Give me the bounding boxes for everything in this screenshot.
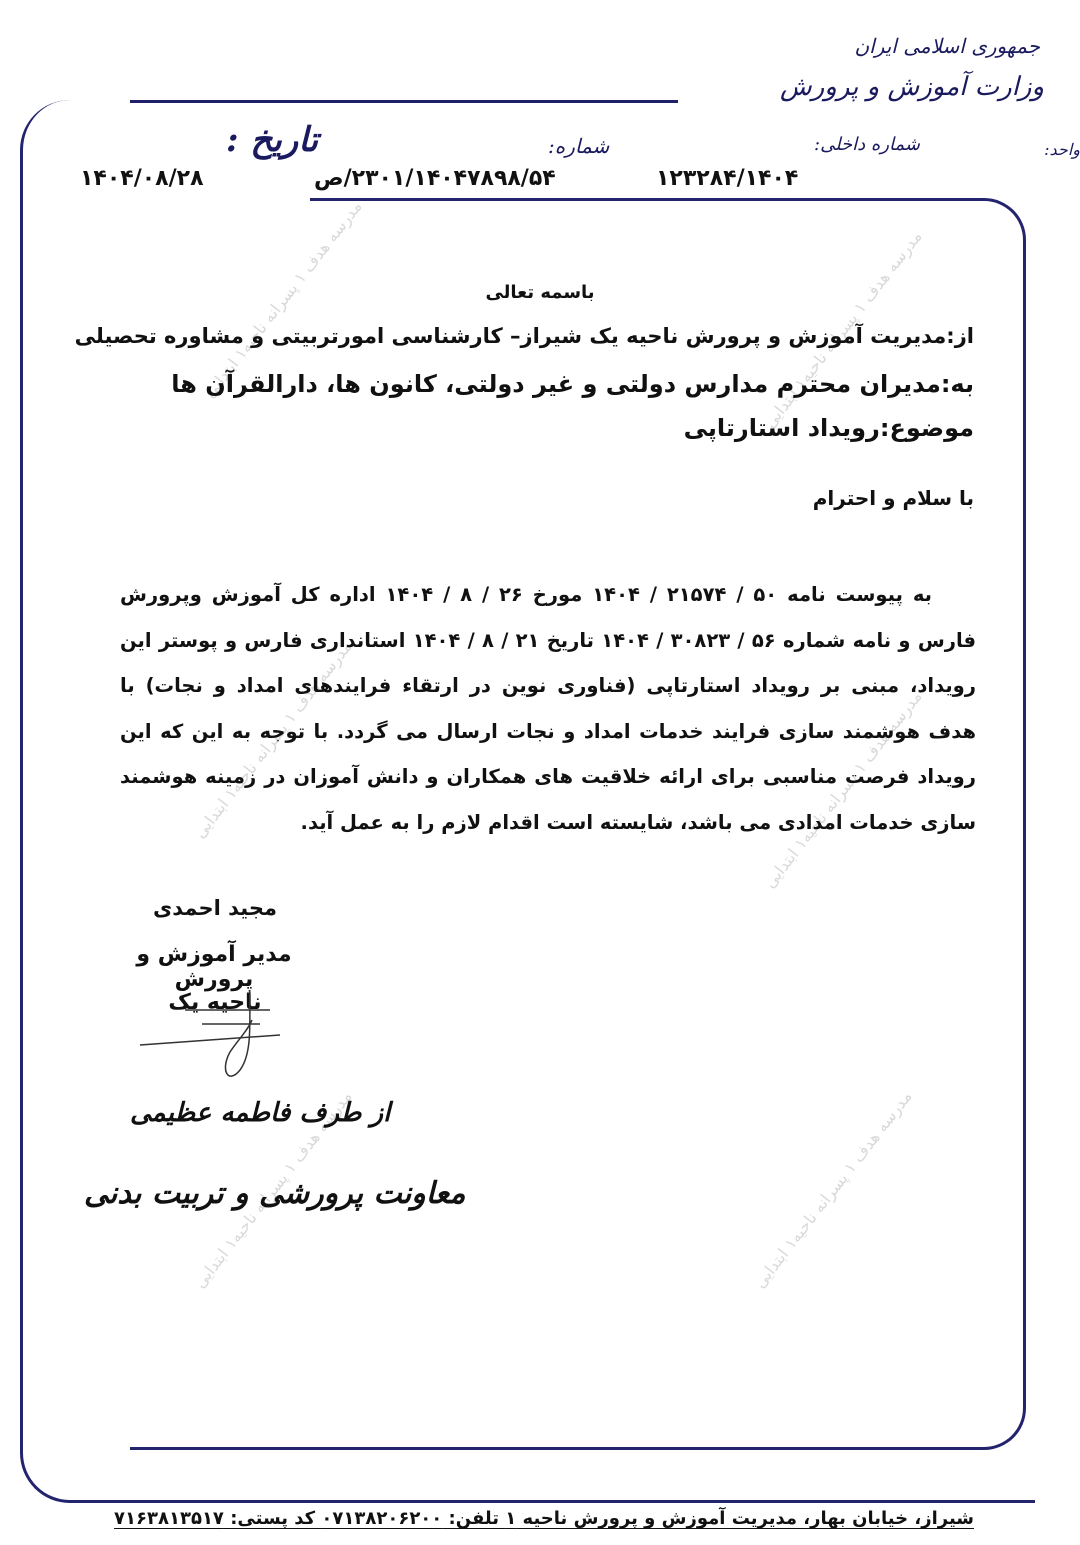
from-line: از:مدیریت آموزش و پرورش ناحیه یک شیراز– … [75,324,974,348]
letter-body-text: به پیوست نامه ۵۰ / ۲۱۵۷۴ / ۱۴۰۴ مورخ ۲۶ … [120,583,976,834]
country-name: جمهوری اسلامی ایران [854,34,1040,58]
footer-address: شیراز، خیابان بهار، مدیریت آموزش و پرورش… [114,1508,974,1529]
greeting: با سلام و احترام [813,486,974,510]
ministry-name: وزارت آموزش و پرورش [780,72,1044,102]
frame-gap [130,198,310,204]
deputy-department: معاونت پرورشی و تربیت بدنی [84,1176,465,1211]
letter-body: به پیوست نامه ۵۰ / ۲۱۵۷۴ / ۱۴۰۴ مورخ ۲۶ … [120,572,976,845]
on-behalf-of: از طرف فاطمه عظیمی [130,1098,390,1128]
internal-number-value: ۱۲۳۲۸۴/۱۴۰۴ [656,166,798,191]
signatory-title: مدیر آموزش و پرورش [96,942,332,992]
number-label: شماره: [548,134,609,158]
to-line: به:مدیران محترم مدارس دولتی و غیر دولتی،… [171,370,974,398]
signatory-name: مجید احمدی [100,896,330,920]
bismillah: باسمه تعالی [400,282,680,303]
unit-label: واحد: [1044,140,1080,159]
handwritten-signature-icon [130,990,280,1100]
letter-number-value: ۲۳۰۱/۱۴۰۴۷۸۹۸/۵۴/ص [314,166,556,191]
internal-number-label: شماره داخلی: [814,134,920,155]
letter-date-value: ۱۴۰۴/۰۸/۲۸ [80,166,204,191]
date-label: تاریخ : [226,120,318,160]
subject-line: موضوع:رویداد استارتاپی [684,414,974,442]
